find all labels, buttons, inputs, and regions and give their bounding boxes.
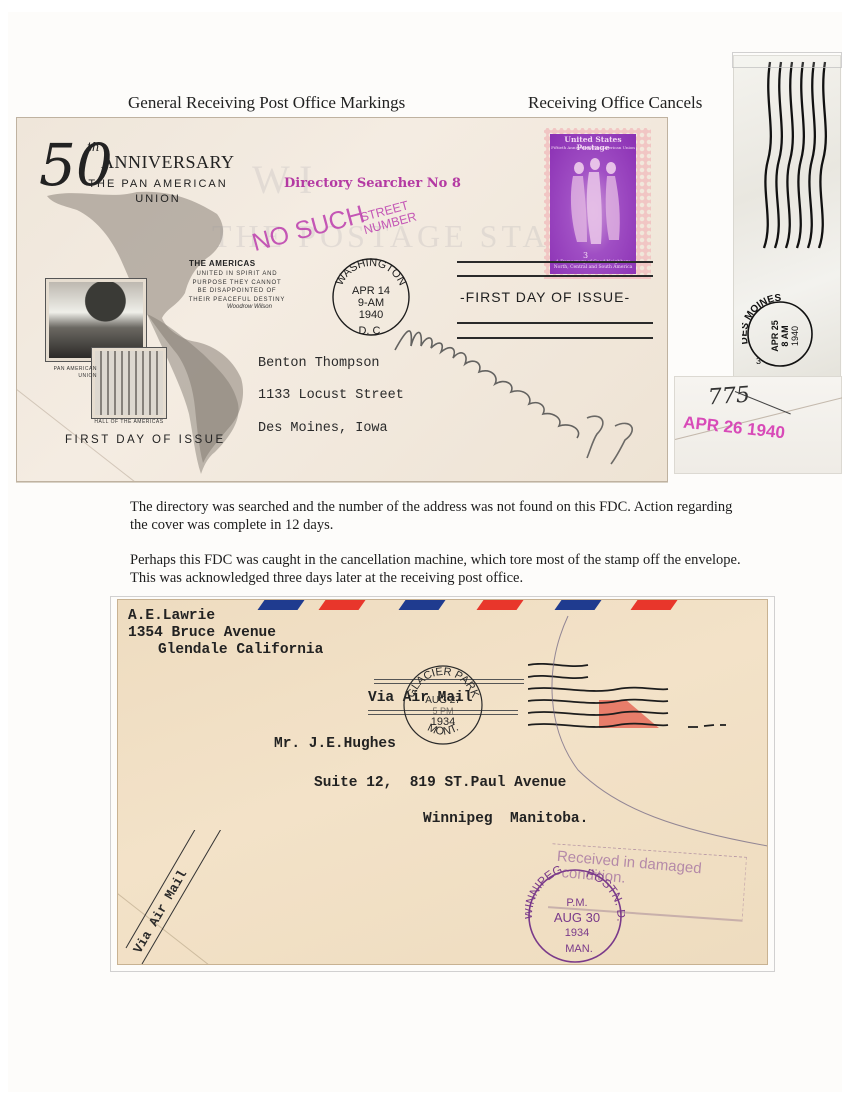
cachet-first-day-label: FIRST DAY OF ISSUE <box>65 434 226 446</box>
photo2-caption: HALL OF THE AMERICAS <box>89 419 169 426</box>
glacier-park-postmark: GLACIER PARK AUG 27 5 PM 1934 MONT. <box>401 663 485 747</box>
addressee-street: Suite 12, 819 ST.Paul Avenue <box>314 776 566 791</box>
addressee-street: 1133 Locust Street <box>258 389 404 403</box>
addressee-name: Mr. J.E.Hughes <box>274 737 396 752</box>
svg-text:MAN.: MAN. <box>565 943 593 955</box>
addressee-city: Winnipeg Manitoba. <box>423 812 588 827</box>
svg-text:Via Air Mail: Via Air Mail <box>130 867 190 956</box>
cachet-ordinal: th <box>87 140 100 154</box>
addressee-city: Des Moines, Iowa <box>258 422 388 436</box>
cachet-quote-title: THE AMERICAS <box>189 259 256 268</box>
sender-name: A.E.Lawrie <box>128 609 215 624</box>
stripe-red <box>318 600 365 610</box>
fdc-cover: W I THE POSTAGE STAMP 50 th ANNIVERSARY … <box>16 117 668 482</box>
airmail-cover: A.E.Lawrie 1354 Bruce Avenue Glendale Ca… <box>117 599 768 965</box>
stripe-red <box>476 600 523 610</box>
svg-text:1934: 1934 <box>565 927 589 939</box>
stamp-subtitle: Fiftieth Anniversary Pan American Union <box>550 145 636 150</box>
svg-text:D. C.: D. C. <box>358 325 383 337</box>
svg-text:9-AM: 9-AM <box>358 297 384 309</box>
winnipeg-postmark: WINNIPEG POSTN. D. P.M. AUG 30 1934 MAN. <box>525 864 625 964</box>
stripe-blue <box>554 600 601 610</box>
des-moines-cancel-fragment: DES MOINES APR 25 8 AM 1940 3 <box>733 55 841 385</box>
cachet-subtitle: THE PAN AMERICAN UNION <box>83 177 233 207</box>
addressee-name: Benton Thompson <box>258 357 380 371</box>
svg-text:8 AM: 8 AM <box>780 325 790 346</box>
cancel-bar <box>457 275 653 277</box>
cachet-quote: UNITED IN SPIRIT AND PURPOSE THEY CANNOT… <box>177 270 297 304</box>
svg-text:APR 14: APR 14 <box>352 285 390 297</box>
first-day-cancel-text: -FIRST DAY OF ISSUE- <box>460 289 630 305</box>
stripe-blue <box>398 600 445 610</box>
svg-text:APR 25: APR 25 <box>770 320 780 352</box>
des-moines-postmark: DES MOINES APR 25 8 AM 1940 3 <box>742 294 816 374</box>
mount-sleeve <box>732 52 842 68</box>
svg-text:5 PM: 5 PM <box>432 706 453 716</box>
description-paragraph-1: The directory was searched and the numbe… <box>130 498 750 534</box>
svg-text:P.M.: P.M. <box>566 897 587 909</box>
heading-receiving-cancels: Receiving Office Cancels <box>528 93 702 113</box>
sender-street: 1354 Bruce Avenue <box>128 626 276 641</box>
three-graces-illustration <box>565 156 625 246</box>
heading-general-markings: General Receiving Post Office Markings <box>128 93 405 113</box>
photo1-caption: PAN AMERICAN UNION <box>45 366 97 380</box>
svg-text:AUG 30: AUG 30 <box>554 910 600 925</box>
svg-text:3: 3 <box>756 356 761 366</box>
description-paragraph-2: Perhaps this FDC was caught in the cance… <box>130 551 750 587</box>
stripe-blue <box>257 600 304 610</box>
stripe-red <box>630 600 677 610</box>
svg-text:AUG 27: AUG 27 <box>425 695 461 706</box>
svg-text:1940: 1940 <box>790 326 800 346</box>
handwritten-775: 775 <box>707 383 751 411</box>
handwritten-annotation <box>387 318 657 468</box>
diagonal-via-air-mail: Via Air Mail <box>118 830 258 965</box>
wavy-cancel-lines <box>750 60 840 250</box>
sender-city: Glendale California <box>158 643 323 658</box>
svg-text:WASHINGTON: WASHINGTON <box>334 257 409 288</box>
cachet-anniversary: ANNIVERSARY <box>101 152 235 173</box>
photo-hall-of-americas <box>91 347 167 419</box>
cancel-bar <box>457 261 653 263</box>
svg-text:1940: 1940 <box>359 309 383 321</box>
stamp-value: 3 <box>583 251 588 260</box>
cachet-quote-attribution: Woodrow Wilson <box>227 304 272 310</box>
directory-searcher-marking: Directory Searcher No 8 <box>284 176 461 191</box>
